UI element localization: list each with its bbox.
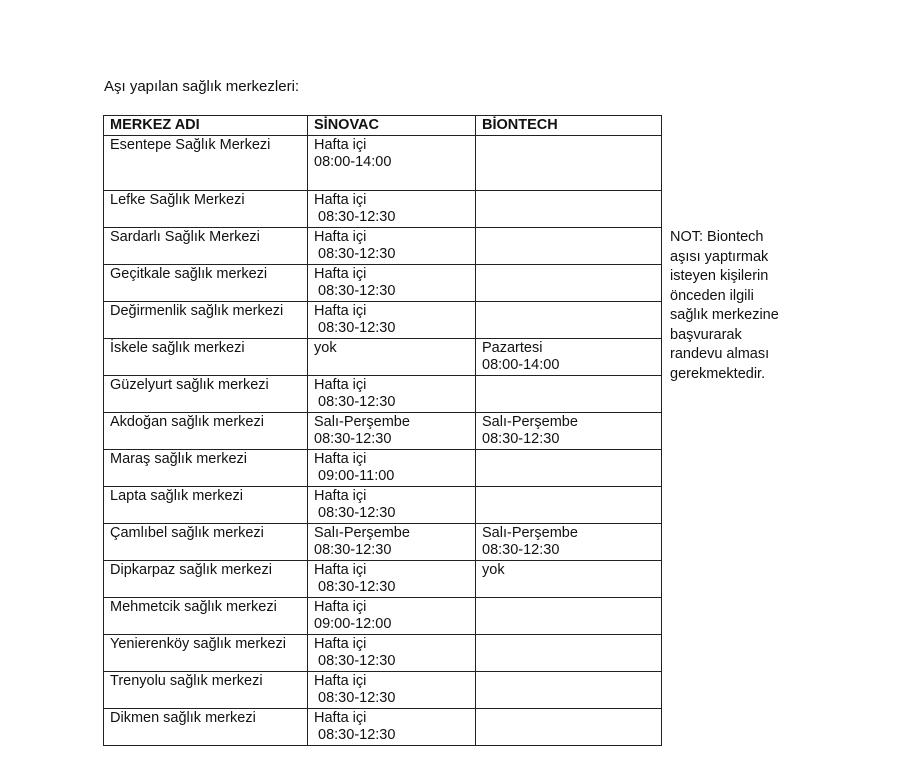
center-name-cell: Lefke Sağlık Merkezi	[104, 190, 308, 227]
sinovac-schedule-cell: Hafta içi08:00-14:00	[308, 135, 476, 190]
note-line: önceden ilgili	[670, 287, 800, 307]
sinovac-schedule-line: 08:30-12:30	[314, 246, 469, 264]
biontech-schedule-cell	[476, 301, 662, 338]
sinovac-schedule-line: 09:00-11:00	[314, 468, 469, 486]
health-centers-table: MERKEZ ADI SİNOVAC BİONTECH Esentepe Sağ…	[103, 115, 662, 746]
note-line: isteyen kişilerin	[670, 267, 800, 287]
table-row: Esentepe Sağlık MerkeziHafta içi08:00-14…	[104, 135, 662, 190]
sinovac-schedule-line: Hafta içi	[314, 451, 469, 469]
center-name-cell: Çamlıbel sağlık merkezi	[104, 523, 308, 560]
biontech-schedule-cell: Pazartesi08:00-14:00	[476, 338, 662, 375]
biontech-schedule-cell	[476, 190, 662, 227]
biontech-schedule-line: Pazartesi	[482, 340, 655, 358]
note-line: gerekmektedir.	[670, 365, 800, 385]
sinovac-schedule-cell: Hafta içi 08:30-12:30	[308, 671, 476, 708]
sinovac-schedule-cell: Hafta içi 08:30-12:30	[308, 560, 476, 597]
biontech-appointment-note: NOT: Biontechaşısı yaptırmakisteyen kişi…	[670, 228, 800, 384]
sinovac-schedule-line: Hafta içi	[314, 599, 469, 617]
sinovac-schedule-line: Hafta içi	[314, 673, 469, 691]
sinovac-schedule-line: 08:30-12:30	[314, 505, 469, 523]
sinovac-schedule-cell: Hafta içi 08:30-12:30	[308, 301, 476, 338]
table-row: Maraş sağlık merkeziHafta içi 09:00-11:0…	[104, 449, 662, 486]
sinovac-schedule-line: 08:30-12:30	[314, 283, 469, 301]
table-row: Çamlıbel sağlık merkeziSalı-Perşembe08:3…	[104, 523, 662, 560]
center-name-cell: Değirmenlik sağlık merkezi	[104, 301, 308, 338]
sinovac-schedule-cell: yok	[308, 338, 476, 375]
table-row: Değirmenlik sağlık merkeziHafta içi 08:3…	[104, 301, 662, 338]
biontech-schedule-cell	[476, 486, 662, 523]
sinovac-schedule-line: 08:30-12:30	[314, 431, 469, 449]
biontech-schedule-cell	[476, 634, 662, 671]
note-line: randevu alması	[670, 345, 800, 365]
sinovac-schedule-line: yok	[314, 340, 469, 358]
biontech-schedule-cell: Salı-Perşembe08:30-12:30	[476, 412, 662, 449]
center-name-cell: Trenyolu sağlık merkezi	[104, 671, 308, 708]
sinovac-schedule-line: Hafta içi	[314, 710, 469, 728]
center-name-cell: Yenierenköy sağlık merkezi	[104, 634, 308, 671]
center-name-cell: Güzelyurt sağlık merkezi	[104, 375, 308, 412]
sinovac-schedule-cell: Hafta içi 08:30-12:30	[308, 486, 476, 523]
biontech-schedule-cell	[476, 449, 662, 486]
sinovac-schedule-line: 08:30-12:30	[314, 320, 469, 338]
page-heading: Aşı yapılan sağlık merkezleri:	[104, 78, 299, 96]
sinovac-schedule-line: 08:30-12:30	[314, 209, 469, 227]
sinovac-schedule-cell: Hafta içi 08:30-12:30	[308, 264, 476, 301]
table-row: İskele sağlık merkeziyokPazartesi08:00-1…	[104, 338, 662, 375]
sinovac-schedule-line: Hafta içi	[314, 266, 469, 284]
table-header-row: MERKEZ ADI SİNOVAC BİONTECH	[104, 116, 662, 136]
sinovac-schedule-cell: Hafta içi 08:30-12:30	[308, 190, 476, 227]
sinovac-schedule-cell: Hafta içi 08:30-12:30	[308, 375, 476, 412]
biontech-schedule-cell	[476, 708, 662, 745]
sinovac-schedule-line: 09:00-12:00	[314, 616, 469, 634]
note-line: sağlık merkezine	[670, 306, 800, 326]
table-row: Yenierenköy sağlık merkeziHafta içi 08:3…	[104, 634, 662, 671]
sinovac-schedule-line: 08:30-12:30	[314, 542, 469, 560]
center-name-cell: Dikmen sağlık merkezi	[104, 708, 308, 745]
table-row: Mehmetcik sağlık merkeziHafta içi09:00-1…	[104, 597, 662, 634]
sinovac-schedule-line: 08:30-12:30	[314, 653, 469, 671]
header-center-name: MERKEZ ADI	[104, 116, 308, 136]
biontech-schedule-line: 08:30-12:30	[482, 431, 655, 449]
sinovac-schedule-cell: Hafta içi 08:30-12:30	[308, 634, 476, 671]
sinovac-schedule-line: Hafta içi	[314, 636, 469, 654]
sinovac-schedule-line: 08:00-14:00	[314, 154, 469, 172]
biontech-schedule-line: Salı-Perşembe	[482, 525, 655, 543]
table-row: Dikmen sağlık merkeziHafta içi 08:30-12:…	[104, 708, 662, 745]
center-name-cell: Esentepe Sağlık Merkezi	[104, 135, 308, 190]
center-name-cell: Sardarlı Sağlık Merkezi	[104, 227, 308, 264]
center-name-cell: Maraş sağlık merkezi	[104, 449, 308, 486]
table-body: Esentepe Sağlık MerkeziHafta içi08:00-14…	[104, 135, 662, 745]
center-name-cell: Geçitkale sağlık merkezi	[104, 264, 308, 301]
table-row: Sardarlı Sağlık MerkeziHafta içi 08:30-1…	[104, 227, 662, 264]
table-row: Akdoğan sağlık merkeziSalı-Perşembe08:30…	[104, 412, 662, 449]
sinovac-schedule-cell: Hafta içi 08:30-12:30	[308, 708, 476, 745]
sinovac-schedule-cell: Salı-Perşembe08:30-12:30	[308, 523, 476, 560]
note-line: NOT: Biontech	[670, 228, 800, 248]
sinovac-schedule-cell: Hafta içi09:00-12:00	[308, 597, 476, 634]
sinovac-schedule-line: Hafta içi	[314, 488, 469, 506]
biontech-schedule-line: 08:30-12:30	[482, 542, 655, 560]
center-name-cell: Mehmetcik sağlık merkezi	[104, 597, 308, 634]
note-line: başvurarak	[670, 326, 800, 346]
sinovac-schedule-line: Salı-Perşembe	[314, 525, 469, 543]
biontech-schedule-line: yok	[482, 562, 655, 580]
sinovac-schedule-line: Salı-Perşembe	[314, 414, 469, 432]
center-name-cell: Akdoğan sağlık merkezi	[104, 412, 308, 449]
note-line: aşısı yaptırmak	[670, 248, 800, 268]
header-sinovac: SİNOVAC	[308, 116, 476, 136]
table-row: Güzelyurt sağlık merkeziHafta içi 08:30-…	[104, 375, 662, 412]
biontech-schedule-cell	[476, 671, 662, 708]
sinovac-schedule-cell: Hafta içi 08:30-12:30	[308, 227, 476, 264]
table-row: Dipkarpaz sağlık merkeziHafta içi 08:30-…	[104, 560, 662, 597]
sinovac-schedule-line: Hafta içi	[314, 137, 469, 155]
sinovac-schedule-cell: Salı-Perşembe08:30-12:30	[308, 412, 476, 449]
biontech-schedule-cell	[476, 375, 662, 412]
biontech-schedule-cell	[476, 597, 662, 634]
sinovac-schedule-line: 08:30-12:30	[314, 690, 469, 708]
sinovac-schedule-line: 08:30-12:30	[314, 394, 469, 412]
biontech-schedule-line: 08:00-14:00	[482, 357, 655, 375]
table-row: Lefke Sağlık MerkeziHafta içi 08:30-12:3…	[104, 190, 662, 227]
center-name-cell: İskele sağlık merkezi	[104, 338, 308, 375]
table-row: Geçitkale sağlık merkeziHafta içi 08:30-…	[104, 264, 662, 301]
sinovac-schedule-line: Hafta içi	[314, 229, 469, 247]
biontech-schedule-cell	[476, 227, 662, 264]
biontech-schedule-cell	[476, 135, 662, 190]
sinovac-schedule-line: Hafta içi	[314, 562, 469, 580]
sinovac-schedule-line: 08:30-12:30	[314, 579, 469, 597]
sinovac-schedule-line: Hafta içi	[314, 303, 469, 321]
center-name-cell: Lapta sağlık merkezi	[104, 486, 308, 523]
table-row: Trenyolu sağlık merkeziHafta içi 08:30-1…	[104, 671, 662, 708]
biontech-schedule-cell	[476, 264, 662, 301]
header-biontech: BİONTECH	[476, 116, 662, 136]
sinovac-schedule-line: Hafta içi	[314, 377, 469, 395]
biontech-schedule-cell: yok	[476, 560, 662, 597]
table-row: Lapta sağlık merkeziHafta içi 08:30-12:3…	[104, 486, 662, 523]
sinovac-schedule-line: Hafta içi	[314, 192, 469, 210]
sinovac-schedule-line: 08:30-12:30	[314, 727, 469, 745]
biontech-schedule-cell: Salı-Perşembe08:30-12:30	[476, 523, 662, 560]
sinovac-schedule-cell: Hafta içi 09:00-11:00	[308, 449, 476, 486]
biontech-schedule-line: Salı-Perşembe	[482, 414, 655, 432]
center-name-cell: Dipkarpaz sağlık merkezi	[104, 560, 308, 597]
